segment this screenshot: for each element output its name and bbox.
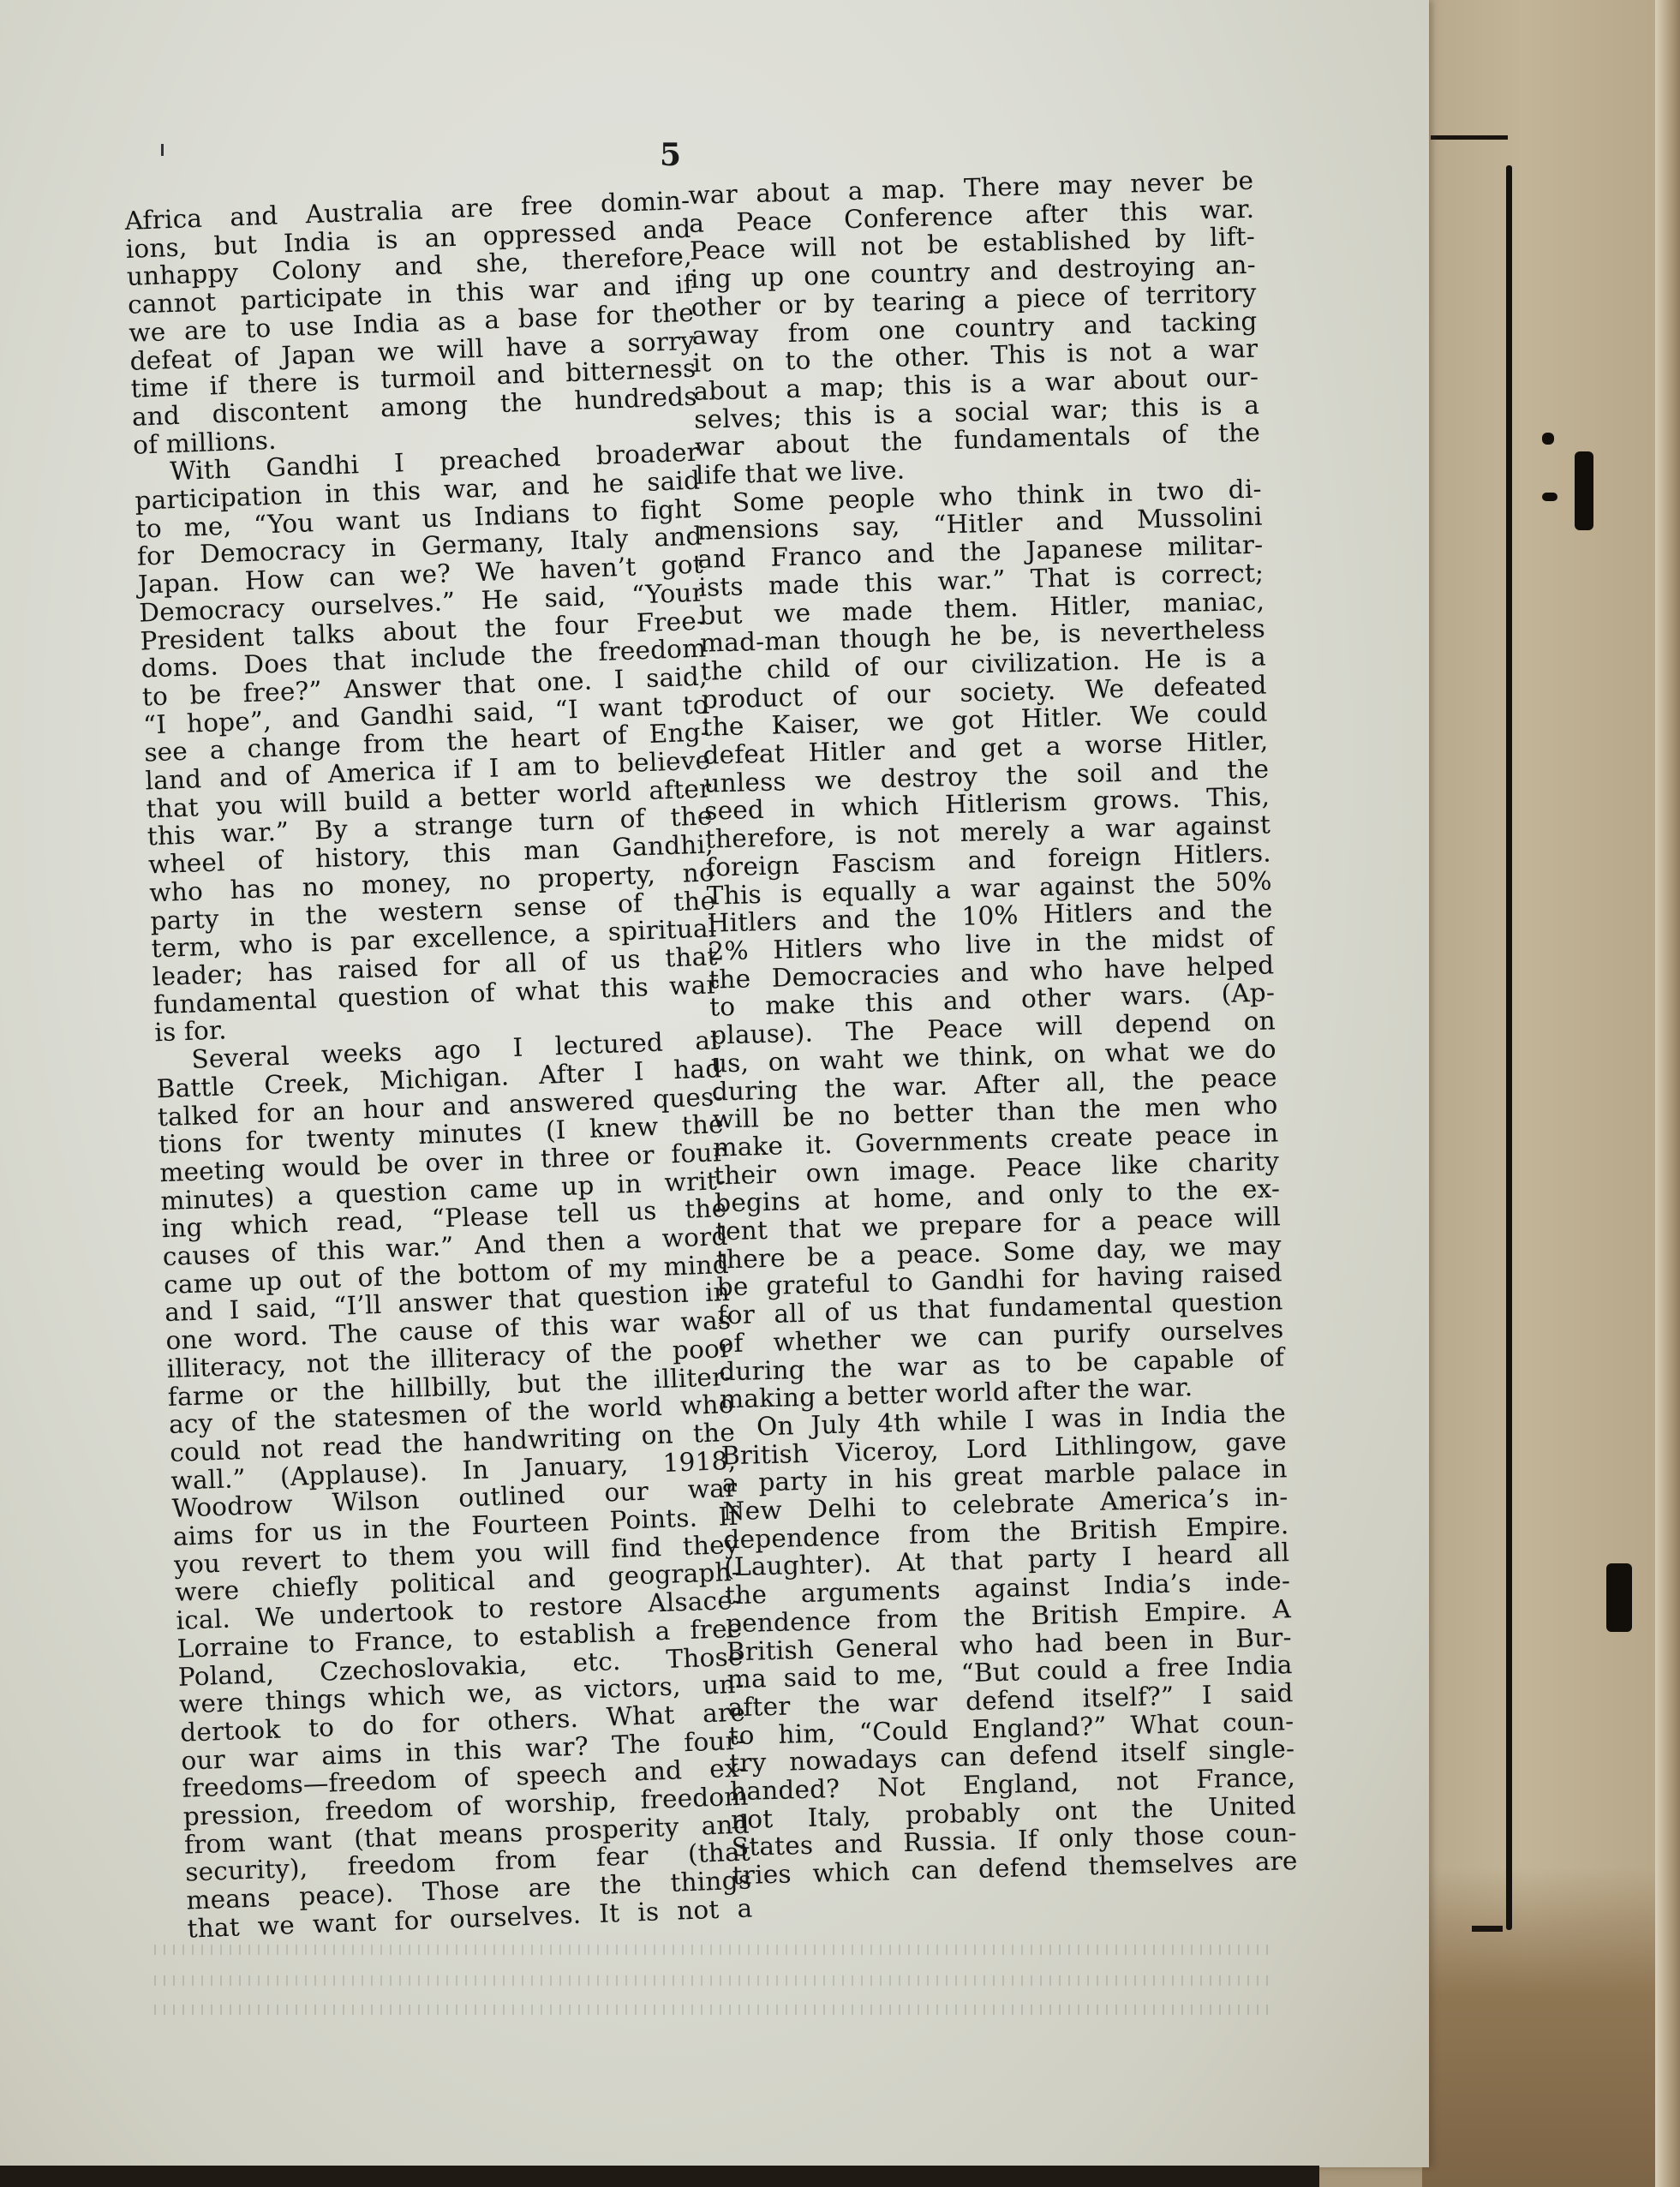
page-bottom-edge: [0, 2166, 1319, 2187]
faded-bleedthrough-text: [154, 1945, 1268, 2039]
backing-vertical-rule: [1506, 165, 1512, 1930]
backing-fold-edge: [1655, 0, 1680, 2187]
stray-ink-mark: [161, 144, 164, 156]
backing-horizontal-rule-bottom: [1472, 1926, 1503, 1932]
right-text-column: war about a map. There may never bea Pea…: [688, 167, 1298, 1890]
backing-ink-mark: [1542, 493, 1557, 501]
page-number: 5: [660, 137, 681, 173]
backing-ink-mark: [1575, 451, 1593, 530]
cardboard-backing: [1422, 0, 1680, 2187]
backing-shadow: [1422, 1867, 1680, 2187]
backing-ink-mark: [1542, 433, 1554, 445]
printed-page: 5 Africa and Australia are free domin-io…: [0, 0, 1429, 2167]
left-text-column: Africa and Australia are free domin-ions…: [124, 187, 753, 1943]
backing-ink-mark: [1606, 1563, 1632, 1632]
backing-horizontal-rule: [1431, 135, 1508, 140]
